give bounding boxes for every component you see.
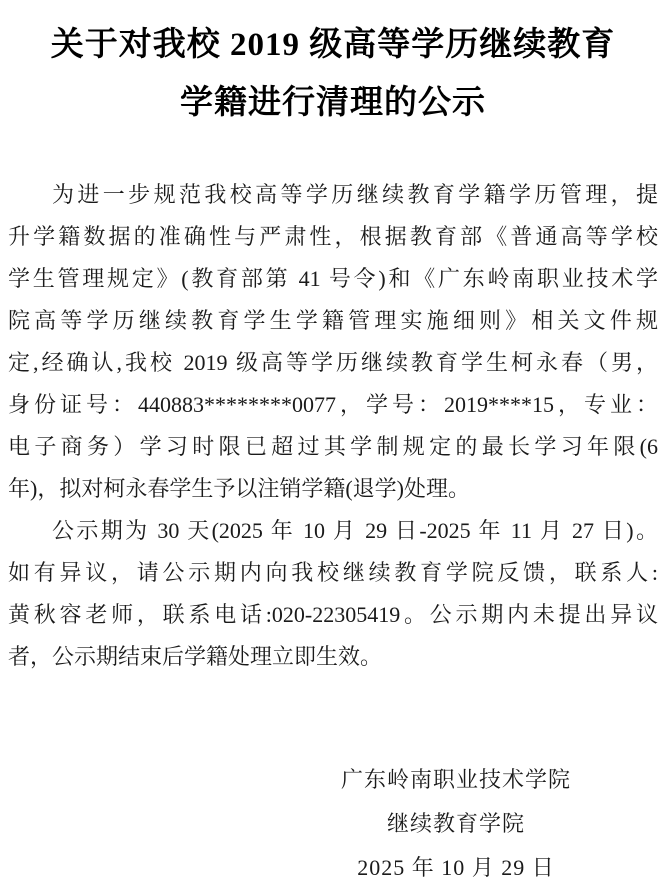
paragraph-2-line-1: 公示期为 30 天(2025 年 10 月 29 日-2025 年 11 月 2… — [8, 510, 658, 552]
notice-title-line-1: 关于对我校 2019 级高等学历继续教育 — [0, 16, 666, 74]
paragraph-2-line-3: 黄秋容老师，联系电话:020-22305419。公示期内未提出异议 — [8, 594, 658, 636]
paragraph-1-line-6: 身份证号：440883********0077，学号：2019****15，专业… — [8, 384, 658, 426]
paragraph-1-line-8: 年)，拟对柯永春学生予以注销学籍(退学)处理。 — [8, 468, 658, 510]
paragraph-2-line-4: 者，公示期结束后学籍处理立即生效。 — [8, 636, 658, 678]
paragraph-1-line-2: 升学籍数据的准确性与严肃性，根据教育部《普通高等学校 — [8, 216, 658, 258]
notice-body: 为进一步规范我校高等学历继续教育学籍学历管理，提 升学籍数据的准确性与严肃性，根… — [8, 174, 658, 678]
notice-title-line-2: 学籍进行清理的公示 — [0, 74, 666, 132]
paragraph-2-line-2: 如有异议，请公示期内向我校继续教育学院反馈，联系人: — [8, 552, 658, 594]
signature-date: 2025 年 10 月 29 日 — [341, 846, 571, 890]
paragraph-1-line-3: 学生管理规定》(教育部第 41 号令)和《广东岭南职业技术学 — [8, 258, 658, 300]
notice-page: 关于对我校 2019 级高等学历继续教育 学籍进行清理的公示 为进一步规范我校高… — [0, 0, 666, 893]
paragraph-1-line-7: 电子商务）学习时限已超过其学制规定的最长学习年限(6 — [8, 426, 658, 468]
notice-title: 关于对我校 2019 级高等学历继续教育 学籍进行清理的公示 — [0, 0, 666, 132]
signature-department: 继续教育学院 — [341, 802, 571, 846]
paragraph-1-line-1: 为进一步规范我校高等学历继续教育学籍学历管理，提 — [8, 174, 658, 216]
signature-organization: 广东岭南职业技术学院 — [341, 758, 571, 802]
signature-block: 广东岭南职业技术学院 继续教育学院 2025 年 10 月 29 日 — [341, 758, 571, 890]
paragraph-1-line-5: 定,经确认,我校 2019 级高等学历继续教育学生柯永春（男， — [8, 342, 658, 384]
paragraph-1-line-4: 院高等学历继续教育学生学籍管理实施细则》相关文件规 — [8, 300, 658, 342]
